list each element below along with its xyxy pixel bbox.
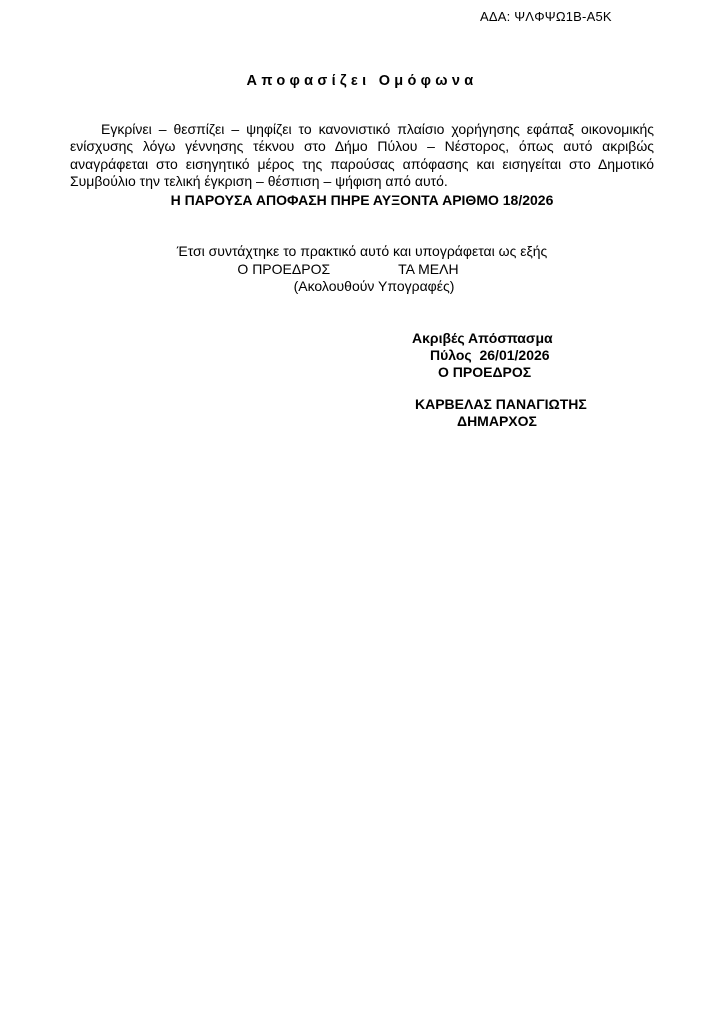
- members-label: ΤΑ ΜΕΛΗ: [398, 261, 458, 277]
- decision-body: Εγκρίνει – θεσπίζει – ψηφίζει το κανονισ…: [70, 121, 654, 190]
- place-date: Πύλος 26/01/2026: [430, 347, 595, 364]
- extract-role: Ο ΠΡΟΕΔΡΟΣ: [438, 364, 595, 381]
- closing-block: Έτσι συντάχτηκε το πρακτικό αυτό και υπο…: [0, 243, 724, 296]
- closing-statement: Έτσι συντάχτηκε το πρακτικό αυτό και υπο…: [0, 243, 724, 261]
- extract-block: Ακριβές Απόσπασμα Πύλος 26/01/2026 Ο ΠΡΟ…: [395, 330, 595, 430]
- signatures-note: (Ακολουθούν Υπογραφές): [24, 278, 724, 296]
- extract-title: Ακριβές Απόσπασμα: [412, 330, 595, 347]
- decision-heading: Αποφασίζει Ομόφωνα: [0, 73, 724, 89]
- ada-code: ΑΔΑ: ΨΛΦΨΩ1Β-Α5Κ: [480, 9, 612, 24]
- signatory-name: ΚΑΡΒΕΛΑΣ ΠΑΝΑΓΙΩΤΗΣ: [415, 396, 595, 413]
- resolution-number: Η ΠΑΡΟΥΣΑ ΑΠΟΦΑΣΗ ΠΗΡΕ ΑΥΞΟΝΤΑ ΑΡΙΘΜΟ 18…: [0, 192, 724, 208]
- president-label: Ο ΠΡΟΕΔΡΟΣ: [237, 261, 330, 277]
- signatory-title: ΔΗΜΑΡΧΟΣ: [457, 413, 595, 430]
- signers-line: Ο ΠΡΟΕΔΡΟΣΤΑ ΜΕΛΗ: [0, 261, 724, 279]
